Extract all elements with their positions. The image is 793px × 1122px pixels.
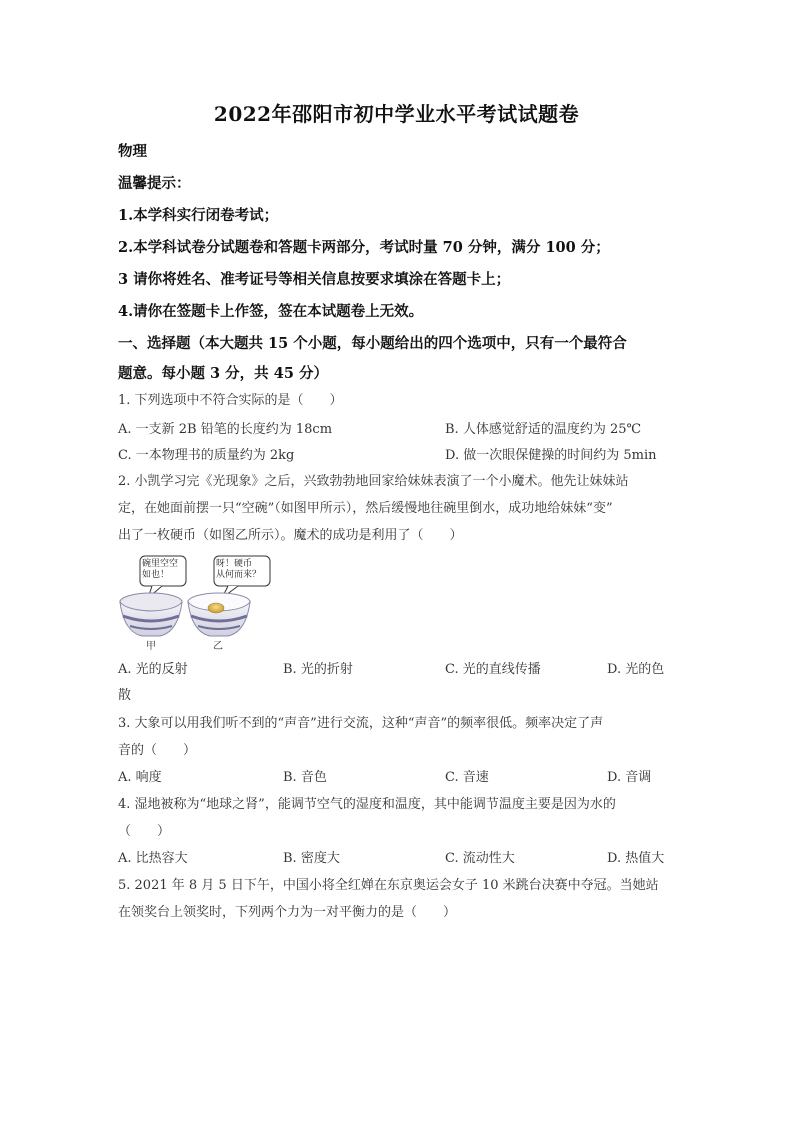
q4-option-d: D. 热值大 — [607, 847, 664, 866]
coin-icon — [208, 603, 224, 613]
q3-option-c: C. 音速 — [445, 766, 489, 785]
question-2-stem: 定，在她面前摆一只“空碗”（如图甲所示），然后缓慢地往碗里倒水，成功地给妹妹“变… — [118, 497, 613, 516]
q2-option-a: A. 光的反射 — [118, 658, 188, 677]
question-4-stem: 4. 湿地被称为“地球之肾”，能调节空气的湿度和温度，其中能调节温度主要是因为水… — [118, 793, 616, 812]
q4-option-b: B. 密度大 — [283, 847, 340, 866]
q4-option-c: C. 流动性大 — [445, 847, 515, 866]
question-5-stem: 在领奖台上领奖时，下列两个力为一对平衡力的是（ ） — [118, 901, 456, 920]
speech-bubble-left: 碗里空空 如也！ — [142, 559, 178, 581]
question-1-stem: 1. 下列选项中不符合实际的是（ ） — [118, 389, 343, 408]
section-heading: 一、选择题（本大题共 15 个小题，每小题给出的四个选项中，只有一个最符合 — [118, 332, 627, 353]
q2-option-d: D. 光的色 — [607, 658, 664, 677]
question-2-stem: 2. 小凯学习完《光现象》之后，兴致勃勃地回家给妹妹表演了一个小魔术。他先让妹妹… — [118, 470, 629, 489]
notice-item: 1.本学科实行闭卷考试； — [118, 204, 278, 225]
notice-heading: 温馨提示： — [118, 172, 191, 193]
q1-option-b: B. 人体感觉舒适的温度约为 25℃ — [445, 418, 641, 437]
question-5-stem: 5. 2021 年 8 月 5 日下午，中国小将全红婵在东京奥运会女子 10 米… — [118, 874, 659, 893]
q4-option-a: A. 比热容大 — [118, 847, 188, 866]
q2-option-c: C. 光的直线传播 — [445, 658, 541, 677]
bowl-coin-figure: 碗里空空 如也！ 呀！硬币 从何而来？ 甲 乙 — [118, 552, 288, 650]
notice-item: 2.本学科试卷分试题卷和答题卡两部分，考试时量 70 分钟，满分 100 分； — [118, 236, 610, 257]
notice-item: 3 请你将姓名、准考证号等相关信息按要求填涂在答题卡上； — [118, 268, 510, 289]
q1-option-d: D. 做一次眼保健操的时间约为 5min — [445, 444, 657, 463]
question-2-stem: 出了一枚硬币（如图乙所示）。魔术的成功是利用了（ ） — [118, 524, 463, 543]
q2-option-b: B. 光的折射 — [283, 658, 353, 677]
q2-option-d-wrap: 散 — [118, 684, 131, 703]
q3-option-d: D. 音调 — [607, 766, 651, 785]
question-4-stem: （ ） — [118, 820, 170, 839]
q3-option-b: B. 音色 — [283, 766, 327, 785]
notice-item: 4.请你在签题卡上作签，签在本试题卷上无效。 — [118, 300, 423, 321]
q3-option-a: A. 响度 — [118, 766, 162, 785]
exam-page: 2022年邵阳市初中学业水平考试试题卷 物理 温馨提示： 1.本学科实行闭卷考试… — [0, 0, 793, 1122]
speech-bubble-right: 呀！硬币 从何而来？ — [216, 559, 261, 581]
question-3-stem: 音的（ ） — [118, 739, 196, 758]
subject-label: 物理 — [118, 140, 147, 161]
q1-option-a: A. 一支新 2B 铅笔的长度约为 18cm — [118, 418, 332, 437]
section-heading-cont: 题意。每小题 3 分，共 45 分） — [118, 362, 328, 383]
exam-title: 2022年邵阳市初中学业水平考试试题卷 — [0, 98, 793, 127]
figure-label-jia: 甲 — [146, 637, 156, 652]
q1-option-c: C. 一本物理书的质量约为 2kg — [118, 444, 294, 463]
question-3-stem: 3. 大象可以用我们听不到的“声音”进行交流，这种“声音”的频率很低。频率决定了… — [118, 712, 603, 731]
figure-label-yi: 乙 — [213, 637, 223, 652]
